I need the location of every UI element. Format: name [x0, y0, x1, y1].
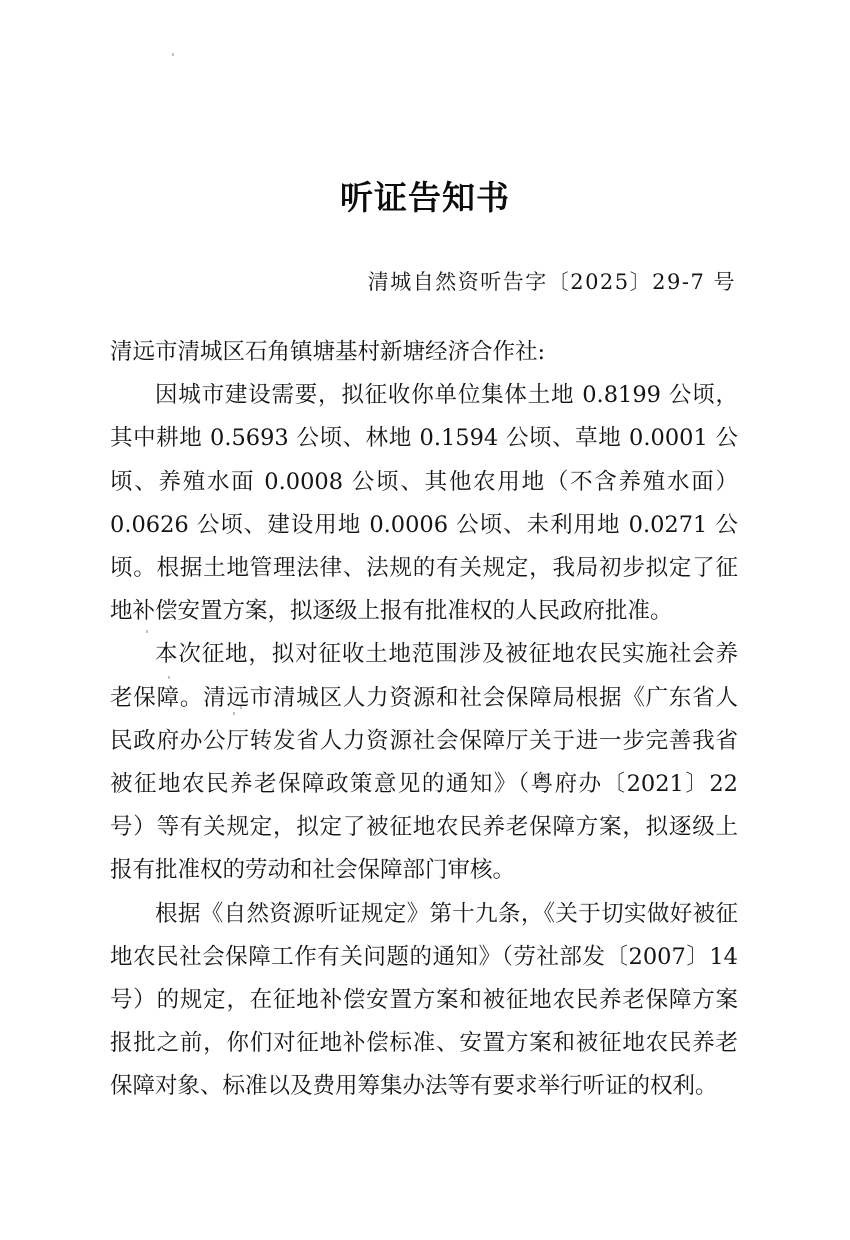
document-title: 听证告知书 — [0, 172, 850, 219]
scan-speck — [233, 712, 235, 715]
paragraph-social-security: 本次征地，拟对征收土地范围涉及被征地农民实施社会养老保障。清远市清城区人力资源和… — [110, 633, 738, 892]
document-number: 清城自然资听告字〔2025〕29-7 号 — [368, 266, 736, 296]
document-body: 清远市清城区石角镇塘基村新塘经济合作社: 因城市建设需要，拟征收你单位集体土地 … — [110, 331, 738, 1109]
paragraph-hearing-rights: 根据《自然资源听证规定》第十九条，《关于切实做好被征地农民社会保障工作有关问题的… — [110, 893, 738, 1109]
paragraph-land-acquisition: 因城市建设需要，拟征收你单位集体土地 0.8199 公顷，其中耕地 0.5693… — [110, 374, 738, 633]
scan-speck — [146, 630, 148, 633]
scan-speck — [240, 706, 242, 709]
document-page: 听证告知书 清城自然资听告字〔2025〕29-7 号 清远市清城区石角镇塘基村新… — [0, 0, 850, 1240]
scan-speck — [168, 676, 170, 679]
addressee: 清远市清城区石角镇塘基村新塘经济合作社: — [110, 331, 738, 374]
scan-speck — [172, 53, 174, 56]
